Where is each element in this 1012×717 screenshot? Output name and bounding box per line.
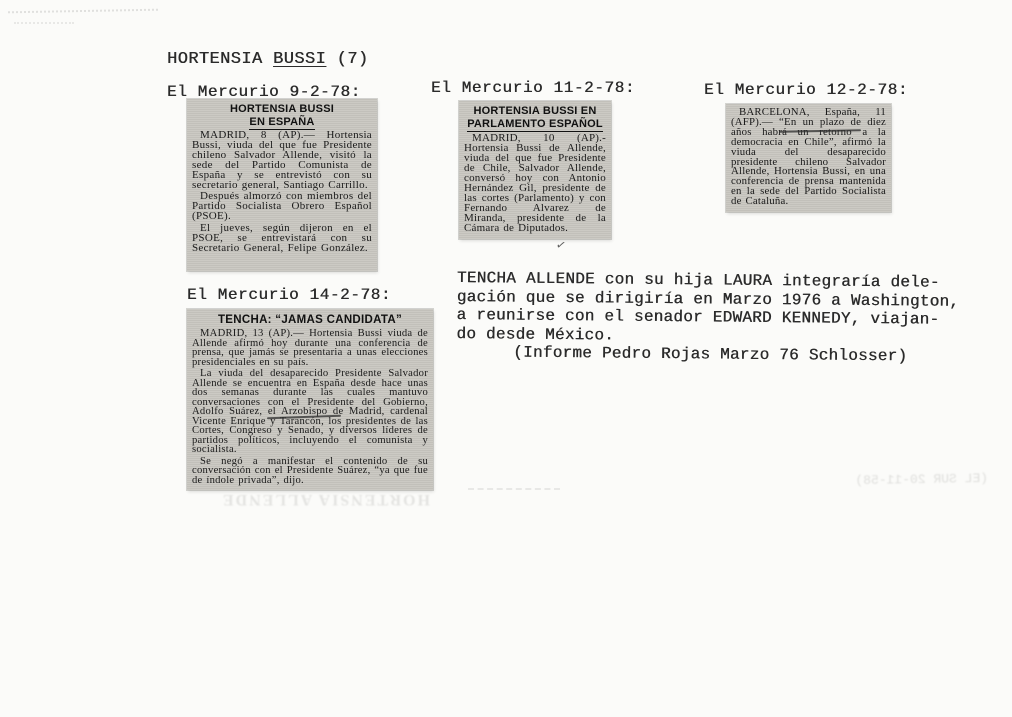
clipping-headline: HORTENSIA BUSSIEN ESPAÑA: [192, 103, 372, 129]
headline-line-2: PARLAMENTO ESPAÑOL: [467, 118, 603, 132]
clipping-paragraph: Se negó a manifestar el contenido de su …: [192, 457, 428, 486]
source-label-mercurio-14-2-78: El Mercurio 14-2-78:: [187, 286, 391, 304]
clipping-paragraph: MADRID, 10 (AP).- Hortensia Bussi de All…: [464, 133, 606, 233]
clipping-paragraph: El jueves, según dijeron en el PSOE, se …: [192, 224, 372, 254]
scanned-document-page: HORTENSIA BUSSI (7) El Mercurio 9-2-78: …: [0, 0, 1012, 717]
news-clipping-bussi-en-espana: HORTENSIA BUSSIEN ESPAÑA MADRID, 8 (AP).…: [187, 99, 377, 271]
page-title-surname-underlined: BUSSI: [273, 50, 326, 69]
headline-line-1: HORTENSIA BUSSI EN: [474, 105, 597, 117]
handwritten-check-mark: ✓: [555, 237, 568, 253]
page-title: HORTENSIA BUSSI (7): [167, 50, 368, 69]
scan-noise-top-left: [8, 9, 158, 14]
source-label-mercurio-12-2-78: El Mercurio 12-2-78:: [704, 81, 908, 99]
clipping-paragraph: BARCELONA, España, 11 (AFP).— “En un pla…: [731, 108, 886, 207]
clipping-headline: TENCHA: “JAMAS CANDIDATA”: [192, 313, 428, 327]
source-label-mercurio-11-2-78: El Mercurio 11-2-78:: [431, 79, 635, 97]
clipping-headline: HORTENSIA BUSSI ENPARLAMENTO ESPAÑOL: [464, 105, 606, 131]
news-clipping-parlamento-espanol: HORTENSIA BUSSI ENPARLAMENTO ESPAÑOL MAD…: [459, 101, 611, 239]
news-clipping-jamas-candidata: TENCHA: “JAMAS CANDIDATA” MADRID, 13 (AP…: [187, 309, 433, 490]
page-title-number: (7): [337, 50, 369, 69]
page-title-name: HORTENSIA: [167, 50, 262, 69]
clipping-paragraph: Después almorzó con miembros del Partido…: [192, 192, 372, 222]
ink-bleedthrough-left: HORTENSIA ALLENDE: [170, 490, 430, 508]
clipping-paragraph: La viuda del desaparecido Presidente Sal…: [192, 369, 428, 455]
news-clipping-barcelona-afp: BARCELONA, España, 11 (AFP).— “En un pla…: [726, 104, 891, 212]
headline-line-1: HORTENSIA BUSSI: [230, 103, 334, 115]
clipping-paragraph: MADRID, 13 (AP).— Hortensia Bussi viuda …: [192, 329, 428, 367]
typed-annotation-note: TENCHA ALLENDE con su hija LAURA integra…: [456, 269, 1012, 367]
typed-note-credit-line: (Informe Pedro Rojas Marzo 76 Schlosser): [456, 343, 1012, 367]
ink-bleedthrough-stamp: (EL SUR 20-11-58): [848, 471, 988, 488]
clipping-paragraph: MADRID, 8 (AP).— Hortensia Bussi, viuda …: [192, 131, 372, 190]
scan-noise-top-left-2: [14, 22, 74, 24]
headline-line-2: EN ESPAÑA: [249, 116, 314, 130]
faint-pencil-marks: [468, 488, 560, 490]
